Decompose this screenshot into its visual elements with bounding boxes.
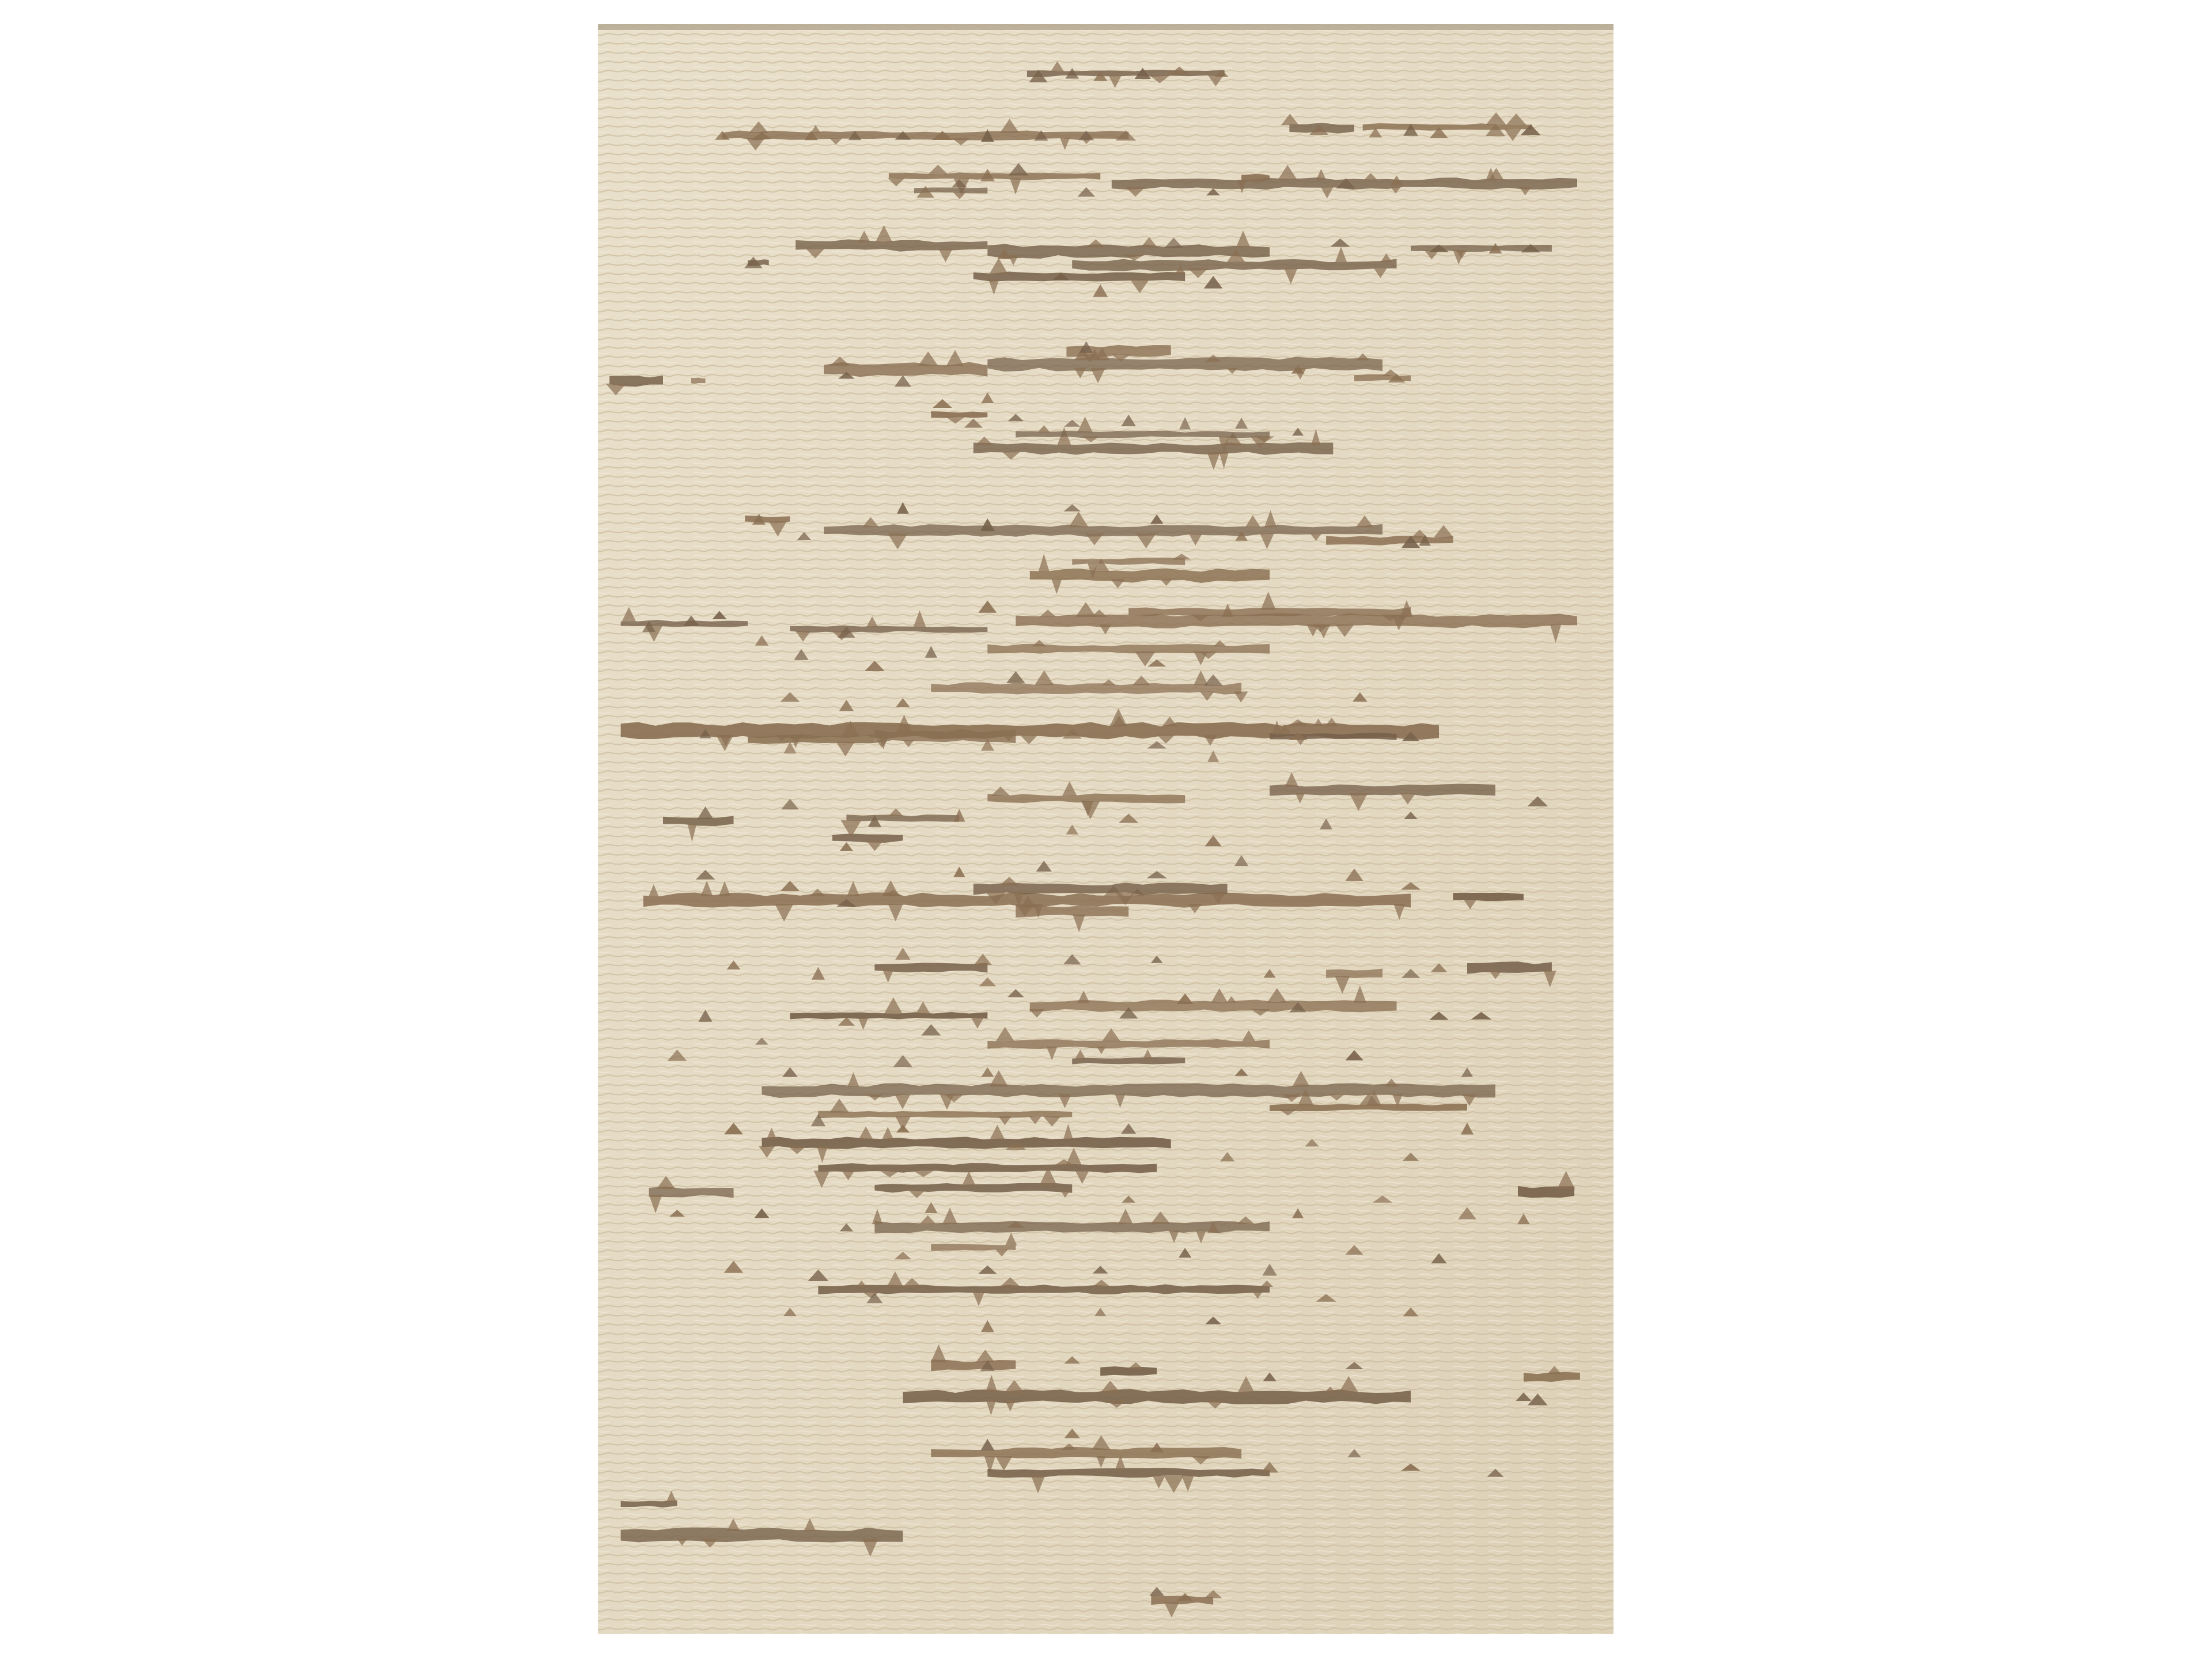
rug-photo: Hand-knotted shag rug, cream field with …: [0, 0, 2212, 1659]
rug: [598, 24, 1613, 1634]
rug-top-edge: [598, 24, 1613, 30]
brown-streak: [846, 815, 959, 822]
brown-streak: [691, 377, 706, 384]
brown-streak: [1100, 1366, 1157, 1376]
rug-image: [0, 0, 2212, 1659]
